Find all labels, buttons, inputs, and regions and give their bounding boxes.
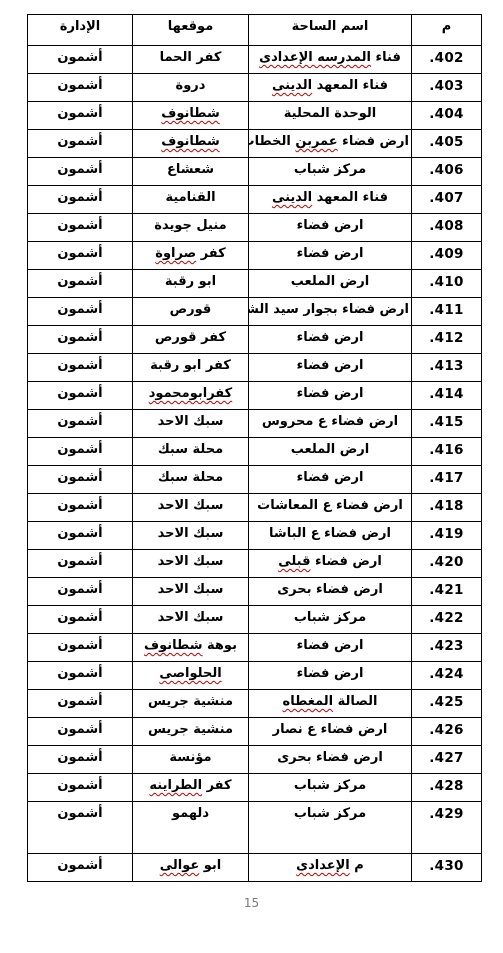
word: ابو رقبة [165, 274, 216, 289]
admin-cell: أشمون [28, 158, 133, 186]
row-number: .408 [429, 218, 464, 234]
location-cell: دلهمو [133, 802, 249, 854]
venues-table: م اسم الساحة موقعها الإدارة .402فناء الم… [27, 14, 482, 882]
table-row: .409ارض فضاءكفر صراوةأشمون [28, 242, 482, 270]
venue-name-cell: ارض فضاء [249, 214, 412, 242]
admin-cell: أشمون [28, 578, 133, 606]
row-number-cell: .418 [412, 494, 482, 522]
row-number: .429 [429, 806, 464, 822]
location-cell: قورص [133, 298, 249, 326]
word: منشية جريس [148, 722, 233, 737]
word: سبك الاحد [158, 554, 224, 569]
word: مؤنسة [169, 750, 211, 765]
table-row: .416ارض الملعبمحلة سبكأشمون [28, 438, 482, 466]
word: ارض فضاء بجوار سيد الشهداء [249, 302, 410, 317]
admin-cell: أشمون [28, 746, 133, 774]
misspelled-word: المدرسه الإعدادى [259, 50, 371, 65]
venue-name-cell: ارض فضاء [249, 382, 412, 410]
venue-name-cell: ارض فضاء [249, 662, 412, 690]
word: ارض فضاء [297, 470, 364, 485]
word: م [350, 858, 364, 873]
word: سبك الاحد [158, 498, 224, 513]
row-number-cell: .428 [412, 774, 482, 802]
table-row: .418ارض فضاء ع المعاشاتسبك الاحدأشمون [28, 494, 482, 522]
location-cell: سبك الاحد [133, 522, 249, 550]
admin-cell: أشمون [28, 438, 133, 466]
location-cell: محلة سبك [133, 438, 249, 466]
admin-cell: أشمون [28, 186, 133, 214]
word: ارض فضاء [297, 386, 364, 401]
venue-name-cell: ارض فضاء [249, 242, 412, 270]
table-row: .414ارض فضاءكفرابومحمودأشمون [28, 382, 482, 410]
row-number: .417 [429, 470, 464, 486]
venue-name-cell: فناء المعهد الدينى [249, 74, 412, 102]
row-number-cell: .426 [412, 718, 482, 746]
misspelled-word: الدينى [272, 190, 312, 205]
header-row: م اسم الساحة موقعها الإدارة [28, 15, 482, 46]
word: شعشاع [167, 162, 214, 177]
table-row: .429مركز شبابدلهموأشمون [28, 802, 482, 854]
word: ابو [199, 858, 221, 873]
admin-cell: أشمون [28, 690, 133, 718]
admin-cell: أشمون [28, 606, 133, 634]
table-row: .412ارض فضاءكفر قورصأشمون [28, 326, 482, 354]
row-number: .426 [429, 722, 464, 738]
row-number-cell: .410 [412, 270, 482, 298]
word: بوهة [203, 638, 237, 653]
location-cell: كفر ابو رقبة [133, 354, 249, 382]
word: سبك الاحد [158, 526, 224, 541]
table-row: .428مركز شبابكفر الطراينهأشمون [28, 774, 482, 802]
table-row: .426ارض فضاء ع نصارمنشية جريسأشمون [28, 718, 482, 746]
venue-name-cell: مركز شباب [249, 606, 412, 634]
admin-cell: أشمون [28, 326, 133, 354]
row-number: .407 [429, 190, 464, 206]
row-number: .414 [429, 386, 464, 402]
word: كفر [196, 246, 226, 261]
row-number-cell: .415 [412, 410, 482, 438]
word: فناء [371, 50, 401, 65]
misspelled-word: الحلواصى [159, 666, 221, 681]
venue-name-cell: ارض فضاء [249, 466, 412, 494]
word: الوحدة المحلية [284, 106, 377, 121]
location-cell: ابو رقبة [133, 270, 249, 298]
row-number: .430 [429, 858, 464, 874]
venue-name-cell: ارض فضاء ع الباشا [249, 522, 412, 550]
row-number-cell: .420 [412, 550, 482, 578]
word: ارض الملعب [291, 274, 369, 289]
word: كفر [202, 778, 232, 793]
location-cell: منشية جريس [133, 690, 249, 718]
table-row: .423ارض فضاءبوهة شطانوفأشمون [28, 634, 482, 662]
row-number: .415 [429, 414, 464, 430]
row-number: .419 [429, 526, 464, 542]
admin-cell: أشمون [28, 550, 133, 578]
location-cell: كفر صراوة [133, 242, 249, 270]
admin-cell: أشمون [28, 102, 133, 130]
row-number: .428 [429, 778, 464, 794]
row-number-cell: .419 [412, 522, 482, 550]
table-row: .404الوحدة المحليةشطانوفأشمون [28, 102, 482, 130]
table-body: .402فناء المدرسه الإعدادىكفر الحماأشمون.… [28, 46, 482, 882]
admin-cell: أشمون [28, 522, 133, 550]
misspelled-word: الإعدادى [296, 858, 350, 873]
location-cell: منيل جويدة [133, 214, 249, 242]
misspelled-word: عوالى [160, 858, 200, 873]
table-row: .419ارض فضاء ع الباشاسبك الاحدأشمون [28, 522, 482, 550]
row-number: .423 [429, 638, 464, 654]
row-number-cell: .412 [412, 326, 482, 354]
row-number-cell: .430 [412, 854, 482, 882]
word: ارض فضاء [310, 554, 381, 569]
row-number-cell: .424 [412, 662, 482, 690]
admin-cell: أشمون [28, 298, 133, 326]
row-number: .412 [429, 330, 464, 346]
word: مركز شباب [294, 778, 366, 793]
table-row: .415ارض فضاء ع محروسسبك الاحدأشمون [28, 410, 482, 438]
table-row: .407فناء المعهد الدينىالقناميةأشمون [28, 186, 482, 214]
misspelled-word: الدينى [272, 78, 312, 93]
venue-name-cell: فناء المعهد الدينى [249, 186, 412, 214]
row-number: .422 [429, 610, 464, 626]
table-row: .424ارض فضاءالحلواصىأشمون [28, 662, 482, 690]
word: فناء المعهد [312, 78, 388, 93]
misspelled-word: شطانوف [161, 106, 219, 121]
row-number-cell: .403 [412, 74, 482, 102]
admin-cell: أشمون [28, 270, 133, 298]
word: محلة سبك [158, 470, 223, 485]
word: سبك الاحد [158, 414, 224, 429]
word: ارض فضاء [297, 246, 364, 261]
word: ارض الملعب [291, 442, 369, 457]
venue-name-cell: ارض فضاء ع محروس [249, 410, 412, 438]
location-cell: ابو عوالى [133, 854, 249, 882]
venue-name-cell: الصالة المغطاه [249, 690, 412, 718]
venue-name-cell: مركز شباب [249, 802, 412, 854]
word: ارض فضاء ع نصار [273, 722, 388, 737]
table-row: .402فناء المدرسه الإعدادىكفر الحماأشمون [28, 46, 482, 74]
row-number-cell: .408 [412, 214, 482, 242]
word: ارض فضاء بحرى [277, 582, 383, 597]
venue-name-cell: ارض فضاء بحرى [249, 578, 412, 606]
word: ارض فضاء [297, 330, 364, 345]
word: محلة سبك [158, 442, 223, 457]
word: مركز شباب [294, 162, 366, 177]
row-number-cell: .429 [412, 802, 482, 854]
table-row: .421ارض فضاء بحرىسبك الاحدأشمون [28, 578, 482, 606]
row-number: .427 [429, 750, 464, 766]
table-row: .410ارض الملعبابو رقبةأشمون [28, 270, 482, 298]
word: ارض فضاء بحرى [277, 750, 383, 765]
row-number-cell: .411 [412, 298, 482, 326]
row-number: .421 [429, 582, 464, 598]
word: سبك الاحد [158, 610, 224, 625]
venue-name-cell: مركز شباب [249, 774, 412, 802]
location-cell: سبك الاحد [133, 550, 249, 578]
misspelled-word: شطانوف [161, 134, 219, 149]
admin-cell: أشمون [28, 802, 133, 854]
table-row: .430م الإعدادىابو عوالىأشمون [28, 854, 482, 882]
table-row: .422مركز شبابسبك الاحدأشمون [28, 606, 482, 634]
row-number: .424 [429, 666, 464, 682]
document-page: م اسم الساحة موقعها الإدارة .402فناء الم… [0, 0, 503, 953]
word: ارض فضاء [297, 666, 364, 681]
venue-name-cell: ارض فضاء [249, 354, 412, 382]
row-number-cell: .409 [412, 242, 482, 270]
table-row: .420ارض فضاء قبلىسبك الاحدأشمون [28, 550, 482, 578]
row-number: .420 [429, 554, 464, 570]
word: ارض فضاء [297, 358, 364, 373]
venue-name-cell: فناء المدرسه الإعدادى [249, 46, 412, 74]
row-number: .402 [429, 50, 464, 66]
location-cell: محلة سبك [133, 466, 249, 494]
header-location: موقعها [133, 15, 249, 46]
misspelled-word: الطراينه [149, 778, 202, 793]
row-number-cell: .416 [412, 438, 482, 466]
admin-cell: أشمون [28, 494, 133, 522]
row-number: .425 [429, 694, 464, 710]
row-number: .411 [429, 302, 464, 318]
row-number-cell: .405 [412, 130, 482, 158]
page-number: 15 [0, 896, 503, 910]
word: دروة [176, 78, 206, 93]
word: سبك الاحد [158, 582, 224, 597]
word: مركز شباب [294, 610, 366, 625]
header-venue-name: اسم الساحة [249, 15, 412, 46]
admin-cell: أشمون [28, 466, 133, 494]
misspelled-word: عمربن [295, 134, 337, 149]
row-number-cell: .406 [412, 158, 482, 186]
admin-cell: أشمون [28, 718, 133, 746]
word: منيل جويدة [154, 218, 226, 233]
row-number: .409 [429, 246, 464, 262]
location-cell: كفر الطراينه [133, 774, 249, 802]
admin-cell: أشمون [28, 410, 133, 438]
row-number-cell: .423 [412, 634, 482, 662]
venue-name-cell: ارض فضاء [249, 326, 412, 354]
location-cell: مؤنسة [133, 746, 249, 774]
word: فناء المعهد [312, 190, 388, 205]
venue-name-cell: ارض فضاء [249, 634, 412, 662]
table-row: .406مركز شبابشعشاعأشمون [28, 158, 482, 186]
header-number: م [412, 15, 482, 46]
location-cell: الحلواصى [133, 662, 249, 690]
row-number: .406 [429, 162, 464, 178]
word: مركز شباب [294, 806, 366, 821]
row-number-cell: .422 [412, 606, 482, 634]
location-cell: سبك الاحد [133, 578, 249, 606]
table-row: .403فناء المعهد الدينىدروةأشمون [28, 74, 482, 102]
location-cell: كفرابومحمود [133, 382, 249, 410]
word: ارض فضاء ع الباشا [269, 526, 391, 541]
admin-cell: أشمون [28, 382, 133, 410]
row-number: .418 [429, 498, 464, 514]
admin-cell: أشمون [28, 662, 133, 690]
word: كفر قورص [155, 330, 226, 345]
table-row: .417ارض فضاءمحلة سبكأشمون [28, 466, 482, 494]
word: دلهمو [172, 806, 209, 821]
row-number-cell: .425 [412, 690, 482, 718]
row-number: .404 [429, 106, 464, 122]
table-row: .425الصالة المغطاهمنشية جريسأشمون [28, 690, 482, 718]
admin-cell: أشمون [28, 634, 133, 662]
location-cell: كفر الحما [133, 46, 249, 74]
word: ارض فضاء [338, 134, 409, 149]
word: قورص [170, 302, 212, 317]
venue-name-cell: ارض فضاء بحرى [249, 746, 412, 774]
location-cell: سبك الاحد [133, 494, 249, 522]
table-row: .413ارض فضاءكفر ابو رقبةأشمون [28, 354, 482, 382]
admin-cell: أشمون [28, 74, 133, 102]
venue-name-cell: ارض فضاء ع نصار [249, 718, 412, 746]
misspelled-word: شطانوف [144, 638, 202, 653]
venue-name-cell: الوحدة المحلية [249, 102, 412, 130]
table-row: .408ارض فضاءمنيل جويدةأشمون [28, 214, 482, 242]
row-number: .413 [429, 358, 464, 374]
row-number-cell: .421 [412, 578, 482, 606]
misspelled-word: المغطاه [283, 694, 334, 709]
word: الخطاب [249, 134, 296, 149]
venue-name-cell: ارض فضاء قبلى [249, 550, 412, 578]
row-number-cell: .407 [412, 186, 482, 214]
location-cell: شطانوف [133, 102, 249, 130]
table-header: م اسم الساحة موقعها الإدارة [28, 15, 482, 46]
venue-name-cell: ارض فضاء ع المعاشات [249, 494, 412, 522]
admin-cell: أشمون [28, 46, 133, 74]
admin-cell: أشمون [28, 774, 133, 802]
venue-name-cell: ارض فضاء عمربن الخطاب [249, 130, 412, 158]
admin-cell: أشمون [28, 354, 133, 382]
row-number-cell: .414 [412, 382, 482, 410]
table-row: .427ارض فضاء بحرىمؤنسةأشمون [28, 746, 482, 774]
admin-cell: أشمون [28, 130, 133, 158]
table-row: .411ارض فضاء بجوار سيد الشهداءقورصأشمون [28, 298, 482, 326]
location-cell: دروة [133, 74, 249, 102]
row-number-cell: .427 [412, 746, 482, 774]
word: ارض فضاء ع المعاشات [257, 498, 403, 513]
venue-name-cell: ارض الملعب [249, 438, 412, 466]
location-cell: سبك الاحد [133, 606, 249, 634]
word: ارض فضاء [297, 218, 364, 233]
row-number: .410 [429, 274, 464, 290]
venue-name-cell: ارض الملعب [249, 270, 412, 298]
word: كفر ابو رقبة [150, 358, 231, 373]
location-cell: شطانوف [133, 130, 249, 158]
admin-cell: أشمون [28, 242, 133, 270]
location-cell: شعشاع [133, 158, 249, 186]
location-cell: القنامية [133, 186, 249, 214]
location-cell: سبك الاحد [133, 410, 249, 438]
word: الصالة [333, 694, 377, 709]
row-number: .403 [429, 78, 464, 94]
word: ارض فضاء [297, 638, 364, 653]
row-number: .405 [429, 134, 464, 150]
table-row: .405ارض فضاء عمربن الخطابشطانوفأشمون [28, 130, 482, 158]
word: ارض فضاء ع محروس [262, 414, 398, 429]
word: منشية جريس [148, 694, 233, 709]
admin-cell: أشمون [28, 854, 133, 882]
misspelled-word: صراوة [155, 246, 196, 261]
venue-name-cell: م الإعدادى [249, 854, 412, 882]
row-number-cell: .413 [412, 354, 482, 382]
admin-cell: أشمون [28, 214, 133, 242]
row-number-cell: .404 [412, 102, 482, 130]
location-cell: بوهة شطانوف [133, 634, 249, 662]
header-admin: الإدارة [28, 15, 133, 46]
word: القنامية [165, 190, 215, 205]
venue-name-cell: مركز شباب [249, 158, 412, 186]
venue-name-cell: ارض فضاء بجوار سيد الشهداء [249, 298, 412, 326]
word: كفر الحما [160, 50, 222, 65]
location-cell: كفر قورص [133, 326, 249, 354]
row-number-cell: .402 [412, 46, 482, 74]
location-cell: منشية جريس [133, 718, 249, 746]
row-number-cell: .417 [412, 466, 482, 494]
misspelled-word: كفرابومحمود [149, 386, 232, 401]
misspelled-word: قبلى [278, 554, 310, 569]
row-number: .416 [429, 442, 464, 458]
